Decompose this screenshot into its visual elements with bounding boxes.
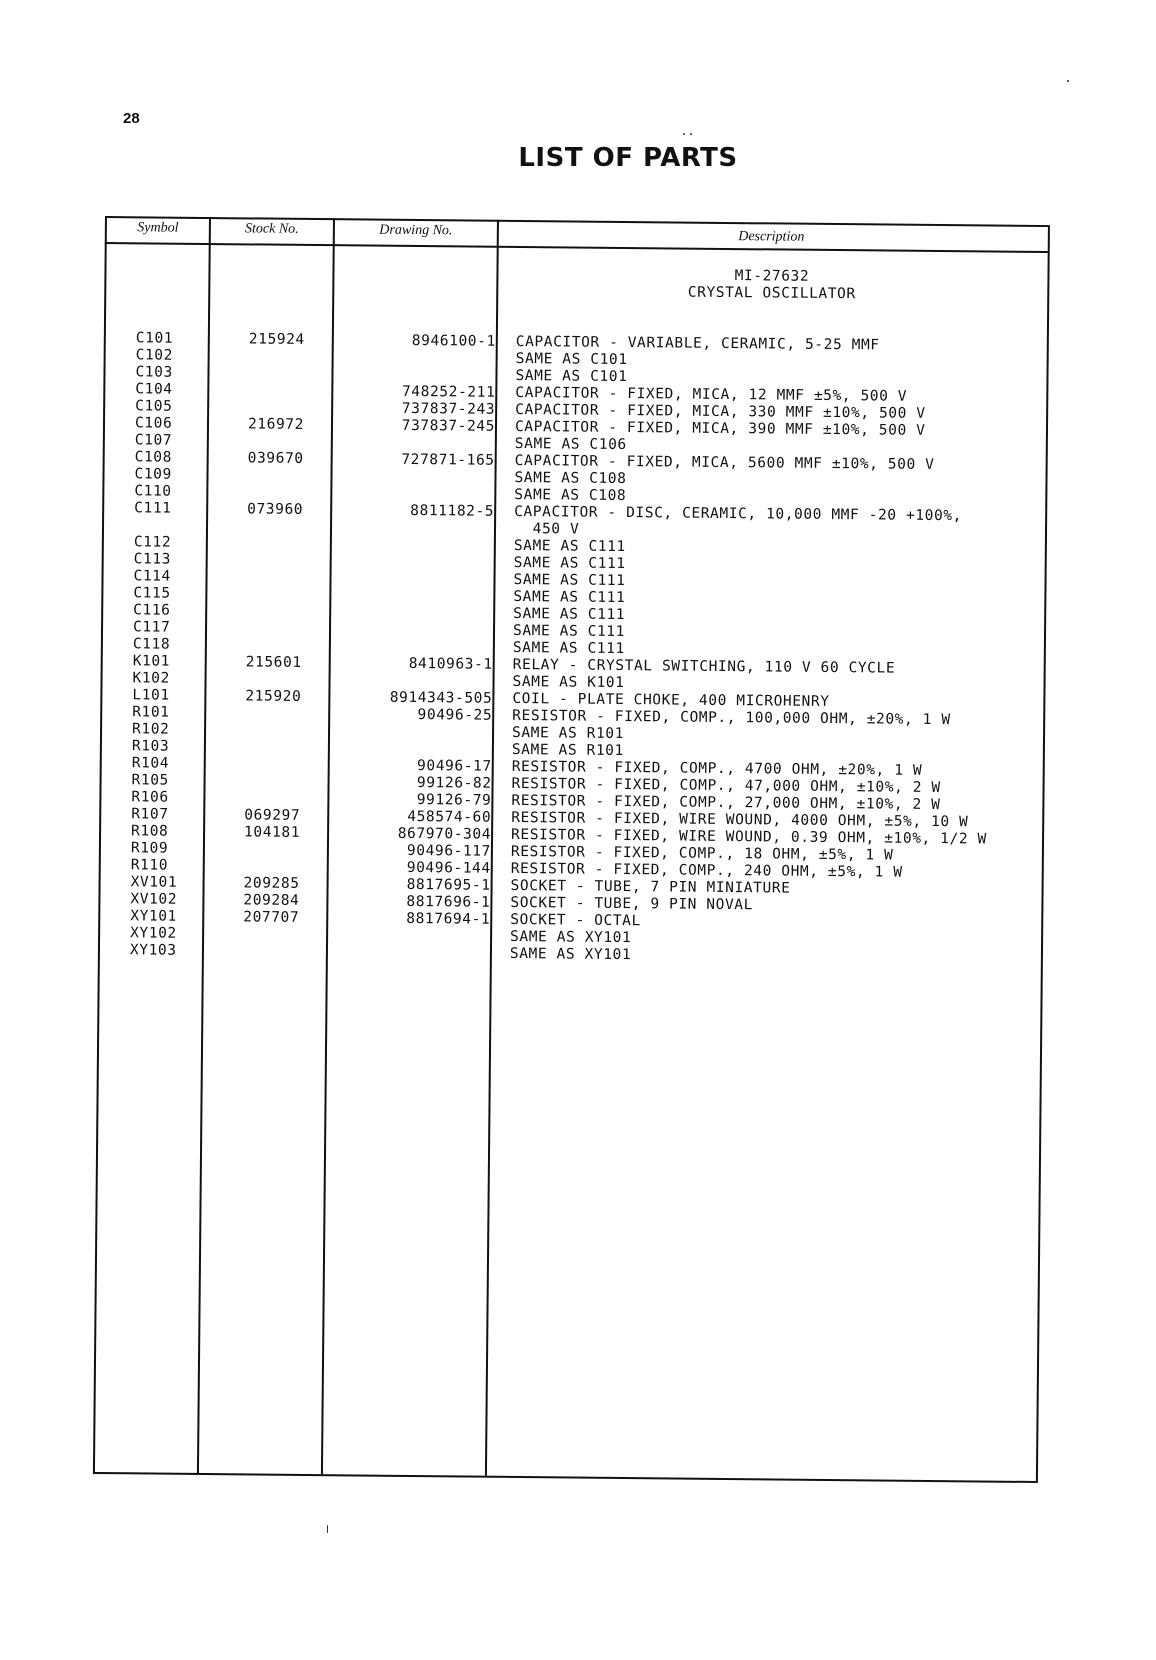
cell-drawing-no: 748252-211: [347, 383, 495, 401]
cell-symbol: R109: [131, 840, 201, 858]
cell-stock-no: [217, 858, 327, 876]
cell-stock-no: [220, 467, 330, 485]
cell-stock-no: [217, 841, 327, 859]
cell-stock-no: [219, 569, 329, 587]
cell-drawing-no: 737837-245: [347, 417, 495, 435]
cell-drawing-no: 727871-165: [347, 451, 495, 469]
header-drawing-no: Drawing No.: [335, 218, 497, 246]
cell-drawing-no: 8817696-1: [342, 893, 490, 911]
cell-drawing-no: [344, 740, 492, 758]
cell-symbol: C103: [135, 364, 205, 382]
cell-stock-no: [220, 552, 330, 570]
cell-drawing-no: [344, 723, 492, 741]
cell-stock-no: [219, 620, 329, 638]
cell-symbol: C116: [133, 602, 203, 620]
cell-drawing-no: [348, 349, 496, 367]
cell-symbol: C107: [135, 432, 205, 450]
cell-symbol: C118: [133, 636, 203, 654]
cell-symbol: K102: [132, 670, 202, 688]
cell-symbol: C110: [134, 483, 204, 501]
cell-stock-no: 209285: [217, 875, 327, 893]
cell-stock-no: 215601: [219, 654, 329, 672]
cell-symbol: L101: [132, 687, 202, 705]
page-title: LIST OF PARTS: [0, 143, 1156, 173]
cell-symbol: C112: [134, 534, 204, 552]
cell-symbol: XY103: [130, 942, 200, 960]
cell-stock-no: [221, 365, 331, 383]
cell-symbol: C102: [136, 347, 206, 365]
cell-drawing-no: 8811182-5: [346, 502, 494, 520]
cell-stock-no: [220, 535, 330, 553]
cell-drawing-no: 8817695-1: [343, 876, 491, 894]
cell-stock-no: 209284: [216, 892, 326, 910]
cell-stock-no: [217, 790, 327, 808]
header-symbol: Symbol: [107, 216, 209, 243]
cell-symbol: C104: [135, 381, 205, 399]
cell-stock-no: [218, 739, 328, 757]
cell-symbol: C113: [134, 551, 204, 569]
cell-stock-no: 207707: [216, 909, 326, 927]
cell-symbol: R110: [131, 857, 201, 875]
cell-symbol: R106: [131, 789, 201, 807]
cell-symbol: R107: [131, 806, 201, 824]
cell-symbol: R103: [132, 738, 202, 756]
cell-stock-no: 215924: [222, 331, 332, 349]
header-stock-no: Stock No.: [211, 217, 333, 244]
cell-symbol: C105: [135, 398, 205, 416]
cell-symbol: R104: [132, 755, 202, 773]
cell-stock-no: 216972: [221, 416, 331, 434]
cell-drawing-no: 90496-144: [343, 859, 491, 877]
cell-stock-no: [218, 671, 328, 689]
cell-drawing-no: [346, 485, 494, 503]
cell-symbol: C114: [133, 568, 203, 586]
cell-stock-no: 215920: [218, 688, 328, 706]
cell-symbol: C111: [134, 500, 204, 518]
cell-drawing-no: 90496-17: [344, 757, 492, 775]
header-description: Description: [499, 223, 1044, 254]
cell-drawing-no: [345, 621, 493, 639]
cell-symbol: K101: [133, 653, 203, 671]
cell-stock-no: 069297: [217, 807, 327, 825]
cell-drawing-no: 90496-117: [343, 842, 491, 860]
cell-drawing-no: [345, 570, 493, 588]
cell-drawing-no: 99126-82: [343, 774, 491, 792]
cell-stock-no: [221, 399, 331, 417]
cell-symbol: C101: [136, 330, 206, 348]
cell-symbol: C115: [133, 585, 203, 603]
cell-stock-no: [222, 348, 332, 366]
cell-stock-no: [220, 484, 330, 502]
cell-symbol: C109: [134, 466, 204, 484]
cell-symbol: C117: [133, 619, 203, 637]
cell-symbol: XY102: [130, 925, 200, 943]
cell-stock-no: [218, 705, 328, 723]
cell-stock-no: [216, 943, 326, 961]
cell-drawing-no: 737837-243: [347, 400, 495, 418]
cell-symbol: C106: [135, 415, 205, 433]
cell-drawing-no: 90496-25: [344, 706, 492, 724]
cell-drawing-no: 8817694-1: [342, 910, 490, 928]
cell-drawing-no: [347, 366, 495, 384]
cell-drawing-no: [342, 944, 490, 962]
cell-symbol: R101: [132, 704, 202, 722]
cell-drawing-no: 458574-60: [343, 808, 491, 826]
parts-table: Symbol Stock No. Drawing No. Description…: [93, 216, 1048, 1481]
cell-symbol: XV101: [131, 874, 201, 892]
cell-stock-no: [218, 756, 328, 774]
cell-drawing-no: [346, 536, 494, 554]
cell-stock-no: [217, 773, 327, 791]
cell-symbol: R102: [132, 721, 202, 739]
cell-stock-no: 039670: [221, 450, 331, 468]
cell-drawing-no: [346, 553, 494, 571]
cell-stock-no: [221, 382, 331, 400]
cell-stock-no: 073960: [220, 501, 330, 519]
cell-symbol: C108: [135, 449, 205, 467]
cell-drawing-no: 867970-304: [343, 825, 491, 843]
page-number: 28: [123, 110, 140, 127]
cell-symbol: R105: [131, 772, 201, 790]
cell-stock-no: [219, 603, 329, 621]
cell-symbol: XV102: [130, 891, 200, 909]
cell-drawing-no: 8410963-1: [345, 655, 493, 673]
cell-drawing-no: [345, 587, 493, 605]
cell-drawing-no: [347, 434, 495, 452]
cell-drawing-no: [345, 604, 493, 622]
cell-drawing-no: [344, 672, 492, 690]
cell-drawing-no: 8914343-505: [344, 689, 492, 707]
cell-drawing-no: [345, 638, 493, 656]
cell-stock-no: [218, 722, 328, 740]
cell-drawing-no: [346, 468, 494, 486]
cell-stock-no: [216, 926, 326, 944]
cell-drawing-no: 99126-79: [343, 791, 491, 809]
cell-symbol: R108: [131, 823, 201, 841]
cell-drawing-no: 8946100-1: [348, 332, 496, 350]
cell-drawing-no: [342, 927, 490, 945]
cell-stock-no: [219, 637, 329, 655]
cell-symbol: XY101: [130, 908, 200, 926]
cell-stock-no: [219, 586, 329, 604]
cell-stock-no: 104181: [217, 824, 327, 842]
cell-stock-no: [221, 433, 331, 451]
